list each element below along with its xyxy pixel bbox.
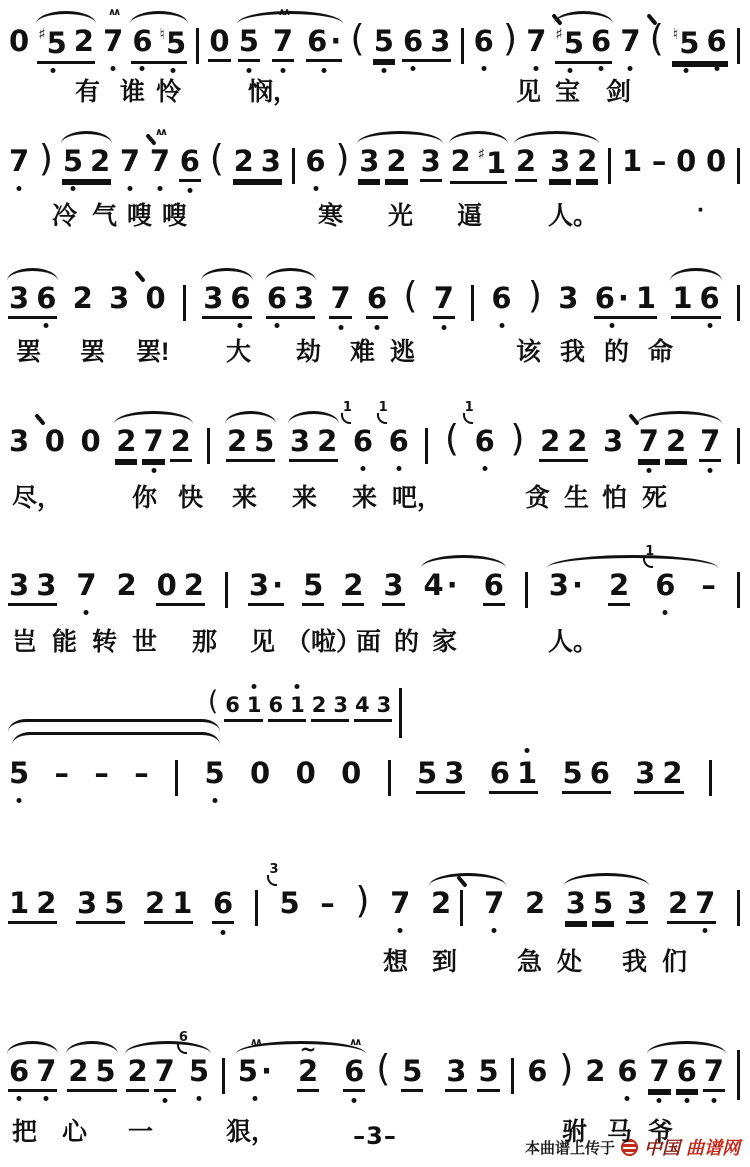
watermark: 本曲谱上传于 中国 曲谱网	[525, 1134, 740, 1160]
octave-dot-below	[481, 66, 486, 71]
note: 5	[253, 426, 275, 457]
note: 0	[156, 570, 178, 601]
lyric-syllable: 来	[232, 478, 257, 514]
note-group: 63	[402, 26, 451, 62]
lyric-syllable: 大	[226, 332, 251, 368]
note: 7	[8, 146, 30, 177]
grace-hook-icon	[643, 557, 653, 568]
note-group: (	[444, 426, 460, 459]
note-group: )	[509, 426, 525, 459]
lyric-syllable: 那	[192, 622, 217, 658]
augmentation-dot: ·	[618, 281, 629, 315]
octave-dot-below	[703, 928, 708, 933]
octave-dot-below	[274, 323, 279, 328]
note-group: 3·261–	[548, 570, 717, 606]
note: 7	[119, 146, 141, 177]
note: (	[649, 23, 665, 56]
note: 1	[671, 283, 693, 314]
note-group: 61	[352, 426, 374, 457]
octave-dot-below	[140, 66, 145, 71]
note: 1	[289, 694, 306, 717]
note: 2	[661, 758, 683, 789]
note: 5	[562, 758, 584, 789]
note: 3	[8, 283, 30, 314]
slur-arc	[201, 268, 252, 281]
note-group: 3	[557, 283, 579, 314]
note: )	[334, 143, 350, 176]
note-group: 7	[75, 570, 97, 601]
note-group: 27	[667, 888, 716, 924]
octave-dot-below	[196, 1096, 201, 1101]
ornament-tr-icon: ∧∧	[108, 8, 118, 19]
note-group: 53	[416, 758, 465, 794]
lyric-syllable: 命	[648, 332, 673, 368]
note-group: 3	[602, 426, 624, 457]
barline	[183, 285, 186, 321]
note: 3	[289, 426, 311, 457]
note-group: 2	[115, 570, 137, 601]
octave-dot-below	[411, 66, 416, 71]
note: 7∧∧	[149, 146, 171, 177]
slur-arc	[61, 131, 112, 144]
note-group: (	[349, 26, 365, 59]
note: 7	[699, 426, 721, 462]
note: 2~	[297, 1056, 319, 1092]
note: 6	[229, 283, 251, 314]
note: 0	[208, 26, 230, 62]
note: 7	[619, 26, 641, 57]
note-group: 43	[354, 694, 392, 722]
note: 5	[203, 758, 225, 789]
note-group: 5	[8, 758, 30, 789]
note: 3	[429, 26, 451, 57]
note-group: )	[527, 283, 543, 316]
note: 6	[266, 283, 288, 314]
octave-dot-below	[221, 930, 226, 935]
octave-dot-above	[252, 684, 257, 689]
note-group: 7	[119, 146, 141, 177]
lyric-syllable: 面	[356, 622, 381, 658]
slur-arc	[237, 11, 344, 24]
note-group: (	[209, 146, 225, 179]
note: 1	[246, 694, 263, 717]
lyric-syllable: 驸	[562, 1112, 587, 1148]
note: 3	[557, 283, 579, 314]
octave-dot-below	[338, 325, 343, 330]
note: 0	[44, 426, 66, 457]
score-page: –3– 本曲谱上传于 中国 曲谱网 0♯527∧∧6♮5057∧∧6·(5636…	[0, 0, 750, 1167]
note: 2	[67, 1056, 89, 1087]
note-group: –	[319, 888, 336, 919]
lyric-syllable: 死	[642, 478, 667, 514]
note: 2	[316, 426, 338, 457]
octave-dot-below	[313, 186, 318, 191]
lyric-syllable: 来	[352, 478, 377, 514]
lyric-syllable: 劫	[296, 332, 321, 368]
note: 2	[311, 694, 328, 717]
note-group: –	[133, 758, 150, 789]
barline	[737, 572, 740, 608]
octave-dot-below	[111, 66, 116, 71]
octave-dot-below	[482, 466, 487, 471]
note-group: 2	[584, 1056, 606, 1087]
note: )	[354, 885, 370, 918]
lyric-syllable: 到	[432, 942, 457, 978]
lyric-syllable: 把	[12, 1112, 37, 1148]
music-line: (61612343	[207, 694, 457, 752]
note: 53	[278, 888, 300, 919]
note-group: 2	[524, 888, 546, 919]
octave-dot-below	[17, 798, 22, 803]
barline	[175, 760, 178, 796]
grace-digit: 1	[379, 402, 388, 413]
note: 3	[8, 426, 30, 457]
lyric-syllable: 光	[388, 196, 413, 232]
note-group: 32	[634, 758, 683, 794]
note-group: 727	[638, 426, 722, 462]
note: 3	[443, 758, 465, 789]
note: 3	[332, 694, 349, 717]
note: 5·∧∧	[237, 1056, 273, 1087]
note: 6	[483, 570, 505, 606]
note: 1	[635, 283, 657, 314]
note-group: (	[649, 26, 665, 59]
note: –	[93, 758, 110, 789]
lyric-syllable: 的	[604, 332, 629, 368]
note: (	[207, 691, 219, 715]
octave-dot-below	[657, 1098, 662, 1103]
augmentation-dot: ·	[447, 568, 458, 602]
note: 3	[108, 283, 130, 314]
octave-dot-below	[157, 186, 162, 191]
note: 2	[115, 426, 137, 462]
note-group: 7∧∧	[102, 26, 124, 57]
lyric-syllable: 气	[92, 196, 117, 232]
note-group: 0	[295, 758, 317, 789]
barline	[196, 28, 199, 64]
octave-dot-below	[609, 323, 614, 328]
octave-dot-below	[711, 1098, 716, 1103]
octave-dot-below	[151, 468, 156, 473]
octave-dot-below	[374, 325, 379, 330]
music-line: 672527565·∧∧2~6∧∧(5356)26767	[8, 1056, 742, 1114]
note-group: 33	[8, 570, 57, 606]
note-group: 7∧∧	[149, 146, 171, 177]
octave-dot-below	[17, 1096, 22, 1101]
note-group: )	[502, 26, 518, 59]
lyric-syllable: 心	[62, 1112, 87, 1148]
note-group: 0	[44, 426, 66, 457]
note: 6·	[306, 26, 342, 62]
barline	[471, 285, 474, 321]
note: 2	[566, 426, 588, 457]
note: 2	[144, 888, 166, 919]
ornament-tld-icon: ~	[300, 1039, 317, 1061]
note: (	[375, 1053, 391, 1086]
octave-dot-below	[684, 1098, 689, 1103]
note: 6·	[594, 283, 630, 314]
barline	[737, 428, 740, 464]
note-group: 25	[226, 426, 275, 462]
music-line: 5–––500053615632	[8, 758, 714, 816]
octave-dot-below	[396, 466, 401, 471]
lyric-syllable: 人。	[548, 196, 598, 232]
slur-arc	[564, 873, 650, 886]
lyric-syllable: 想	[383, 942, 408, 978]
octave-dot-below	[187, 188, 192, 193]
note-group: 12	[8, 888, 57, 924]
note: 3	[8, 570, 30, 601]
note: 0	[145, 283, 167, 314]
grace-hook-icon	[267, 875, 277, 886]
grace-digit: 1	[465, 402, 474, 413]
barline	[461, 28, 464, 64]
note: 5	[8, 758, 30, 789]
note-group: ♯52	[37, 26, 95, 64]
octave-dot-below	[322, 68, 327, 73]
note-group: 56	[562, 758, 611, 794]
note-group: 7	[525, 26, 547, 57]
barline	[737, 285, 740, 321]
note-group: 6	[366, 283, 388, 319]
note-group: 61	[268, 694, 306, 722]
note: 7	[75, 570, 97, 601]
note: 2	[539, 426, 561, 457]
grace-note: 6	[179, 1032, 188, 1054]
slur-arc	[66, 1041, 117, 1054]
note-group: 6	[304, 146, 326, 177]
note-group: 2	[72, 283, 94, 314]
slur-arc	[429, 873, 506, 886]
note-group: 0	[145, 283, 167, 314]
note: 2	[89, 146, 111, 177]
barline	[511, 1058, 514, 1094]
note: 3	[420, 146, 442, 182]
lyric-syllable: 逃	[390, 332, 415, 368]
note: 0	[705, 146, 727, 177]
note: 2	[524, 888, 546, 919]
augmentation-dot: ·	[572, 568, 583, 602]
lyric-syllable: 见	[250, 622, 275, 658]
note: 5	[238, 26, 260, 62]
note-group: 7	[8, 146, 30, 177]
note: 3·	[248, 570, 284, 606]
note: 1	[8, 888, 30, 919]
note: 2	[183, 570, 205, 601]
lyric-syllable: 嗖	[127, 196, 152, 232]
note: )	[509, 423, 525, 456]
lyric-syllable: 贪	[525, 478, 550, 514]
note-group: 2	[342, 570, 364, 606]
note: 3	[202, 283, 224, 314]
lyric-syllable: 你	[132, 478, 157, 514]
note: 5	[477, 1056, 499, 1092]
lyric-syllable: 岂	[12, 622, 37, 658]
octave-dot-below	[441, 325, 446, 330]
note-group: 2756	[126, 1056, 210, 1092]
note-group: )	[38, 146, 54, 179]
note: 61	[388, 426, 410, 457]
note: 7	[648, 1056, 670, 1092]
note: 3	[565, 888, 587, 924]
note-group: 7	[389, 888, 411, 919]
slur-arc	[114, 411, 193, 424]
barline	[737, 148, 740, 184]
note-group: 3	[8, 426, 30, 457]
lyric-syllable: 罢	[16, 332, 41, 368]
lyric-syllable: 来	[292, 478, 317, 514]
ornament-tr-icon: ∧∧	[349, 1038, 359, 1049]
tie-line	[12, 732, 220, 750]
lyric-syllable: 难	[350, 332, 375, 368]
note-group: –	[54, 758, 71, 789]
note: 7	[433, 283, 455, 319]
lyric-syllable: 冷	[52, 196, 77, 232]
note: 6	[402, 26, 424, 57]
note: 0	[295, 758, 317, 789]
note: 2	[667, 888, 689, 919]
lyric-syllable: 快	[178, 478, 203, 514]
note: 7∧∧	[272, 26, 294, 62]
lyric-syllable: 罢	[80, 332, 105, 368]
note: 2	[430, 888, 452, 919]
note: ♯5	[555, 26, 585, 59]
barline	[222, 1058, 225, 1094]
note: 2	[665, 426, 687, 462]
slur-arc	[125, 1041, 211, 1054]
note-group: ♯56	[555, 26, 613, 64]
lyric-syllable: 家	[432, 622, 457, 658]
grace-note: 1	[465, 402, 474, 424]
note-group: 2♯1	[450, 146, 508, 184]
note: 6∧∧	[343, 1056, 365, 1092]
note-group: 6	[179, 146, 201, 182]
note: 2	[115, 570, 137, 601]
octave-dot-above	[295, 684, 300, 689]
note-group: (	[375, 1056, 391, 1089]
note-group: 767	[648, 1056, 725, 1092]
grace-digit: 3	[269, 864, 278, 875]
note: 5	[103, 888, 125, 919]
note-group: 7	[619, 26, 641, 57]
lyric-syllable: 吧，	[392, 478, 442, 514]
note: 6	[489, 758, 511, 789]
note: )	[527, 280, 543, 313]
note: 2	[126, 1056, 148, 1092]
note: 3	[358, 146, 380, 182]
note: 6	[179, 146, 201, 182]
note: 3	[35, 570, 57, 601]
note: –	[700, 570, 717, 601]
lyric-syllable: （啦）	[286, 622, 361, 658]
note: –	[319, 888, 336, 919]
note: 2	[72, 283, 94, 314]
slur-arc	[670, 268, 721, 281]
barline	[460, 890, 463, 926]
barline	[399, 688, 402, 738]
note-group: 6	[526, 1056, 548, 1087]
note: 6	[35, 283, 57, 314]
note: 2	[515, 146, 537, 182]
note-group: 67	[8, 1056, 57, 1092]
note-group: 0	[249, 758, 271, 789]
note: 2	[584, 1056, 606, 1087]
lyric-syllable: 人。	[548, 622, 598, 658]
note-group: 3	[108, 283, 130, 314]
note: 2	[73, 26, 95, 57]
note-group: 23	[311, 694, 349, 722]
barline	[255, 890, 258, 926]
note: 3	[445, 1056, 467, 1092]
note: 6	[705, 26, 727, 57]
note-group: 272	[115, 426, 192, 462]
lyric-syllable: 有	[75, 72, 100, 108]
note-group: 6	[616, 1056, 638, 1087]
octave-dot-below	[352, 1098, 357, 1103]
note: 0	[249, 758, 271, 789]
note: 5	[94, 1056, 116, 1087]
note: ♯5	[37, 26, 67, 59]
note-group: 7	[329, 283, 351, 319]
note: 6	[268, 694, 285, 717]
lyric-syllable: 剑	[606, 72, 631, 108]
lyric-syllable: 逼	[457, 196, 482, 232]
grace-note: 1	[379, 402, 388, 424]
note: 6	[131, 26, 153, 57]
note: 2	[342, 570, 364, 606]
note: 7	[142, 426, 164, 462]
slur-arc	[547, 555, 718, 568]
note-group: –	[93, 758, 110, 789]
note: 3·	[548, 570, 584, 601]
barline	[207, 428, 210, 464]
note-group: 36	[202, 283, 251, 319]
note: 6	[589, 758, 611, 789]
note: (	[402, 280, 418, 313]
note: 61	[654, 570, 676, 601]
music-line: 123521653–)727235327	[8, 888, 742, 946]
octave-dot-below	[84, 610, 89, 615]
note: (	[209, 143, 225, 176]
note: )	[502, 23, 518, 56]
sharp-icon: ♯	[556, 25, 563, 43]
barline	[737, 890, 740, 926]
lyric-syllable: 嗖	[162, 196, 187, 232]
lyric-syllable: 该	[516, 332, 541, 368]
grace-digit: 6	[179, 1032, 188, 1043]
lyric-syllable: 一	[128, 1112, 153, 1148]
note-group: 0	[80, 426, 102, 457]
ornament-tr-icon: ∧∧	[278, 8, 288, 19]
grace-hook-icon	[463, 413, 473, 424]
octave-dot-below	[398, 928, 403, 933]
note: 7	[389, 888, 411, 919]
note-group: 25	[67, 1056, 116, 1092]
note-group: 353	[565, 888, 649, 924]
note-group: )	[558, 1056, 574, 1089]
note: 5	[302, 570, 324, 606]
barline	[388, 760, 391, 796]
note: 7	[483, 888, 505, 919]
octave-dot-below	[360, 466, 365, 471]
lyric-syllable: 尽，	[12, 478, 62, 514]
note: 3	[634, 758, 656, 789]
note: –	[651, 146, 668, 177]
octave-dot-below	[492, 928, 497, 933]
slur-arc	[357, 131, 443, 144]
note-group: 6♮5	[131, 26, 187, 64]
lyric-syllable: 我	[560, 332, 585, 368]
